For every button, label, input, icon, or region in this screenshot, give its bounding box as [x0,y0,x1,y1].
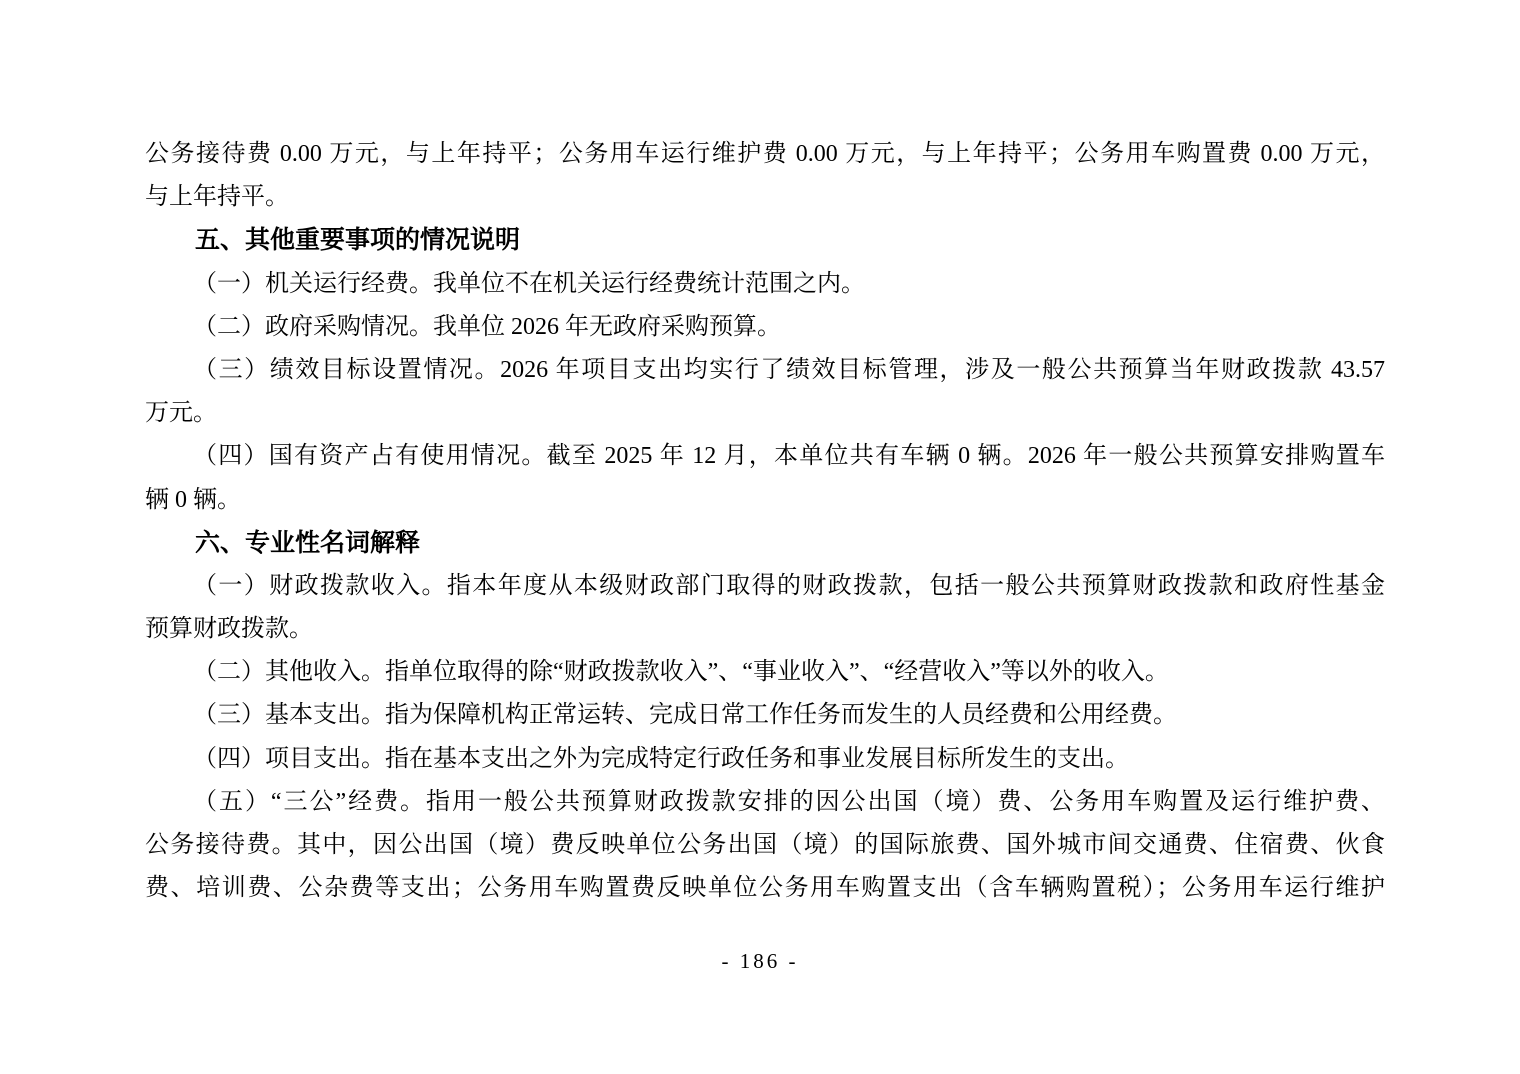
list-item-sangong-expense: （五）“三公”经费。指用一般公共预算财政拨款安排的因公出国（境）费、公务用车购置… [145,781,1385,824]
page-number: - 186 - [722,949,799,973]
list-item-state-assets: （四）国有资产占有使用情况。截至 2025 年 12 月，本单位共有车辆 0 辆… [145,435,1385,478]
paragraph-line: 与上年持平。 [145,176,1385,219]
paragraph-line: 辆 0 辆。 [145,479,1385,522]
paragraph-line: 费、培训费、公杂费等支出；公务用车购置费反映单位公务用车购置支出（含车辆购置税）… [145,867,1385,910]
paragraph-line: 万元。 [145,392,1385,435]
page-footer: - 186 - [0,948,1520,974]
list-item-performance: （三）绩效目标设置情况。2026 年项目支出均实行了绩效目标管理，涉及一般公共预… [145,349,1385,392]
list-item-other-income: （二）其他收入。指单位取得的除“财政拨款收入”、“事业收入”、“经营收入”等以外… [145,651,1385,694]
list-item-procurement: （二）政府采购情况。我单位 2026 年无政府采购预算。 [145,306,1385,349]
section-heading-6: 六、专业性名词解释 [145,522,1385,565]
paragraph-line: 公务接待费 0.00 万元，与上年持平；公务用车运行维护费 0.00 万元，与上… [145,133,1385,176]
list-item-project-expense: （四）项目支出。指在基本支出之外为完成特定行政任务和事业发展目标所发生的支出。 [145,738,1385,781]
document-body: 公务接待费 0.00 万元，与上年持平；公务用车运行维护费 0.00 万元，与上… [145,133,1385,910]
list-item-basic-expense: （三）基本支出。指为保障机构正常运转、完成日常工作任务而发生的人员经费和公用经费… [145,694,1385,737]
list-item-fiscal-income: （一）财政拨款收入。指本年度从本级财政部门取得的财政拨款，包括一般公共预算财政拨… [145,565,1385,608]
paragraph-line: 公务接待费。其中，因公出国（境）费反映单位公务出国（境）的国际旅费、国外城市间交… [145,824,1385,867]
section-heading-5: 五、其他重要事项的情况说明 [145,219,1385,262]
list-item-organ-expense: （一）机关运行经费。我单位不在机关运行经费统计范围之内。 [145,263,1385,306]
paragraph-line: 预算财政拨款。 [145,608,1385,651]
